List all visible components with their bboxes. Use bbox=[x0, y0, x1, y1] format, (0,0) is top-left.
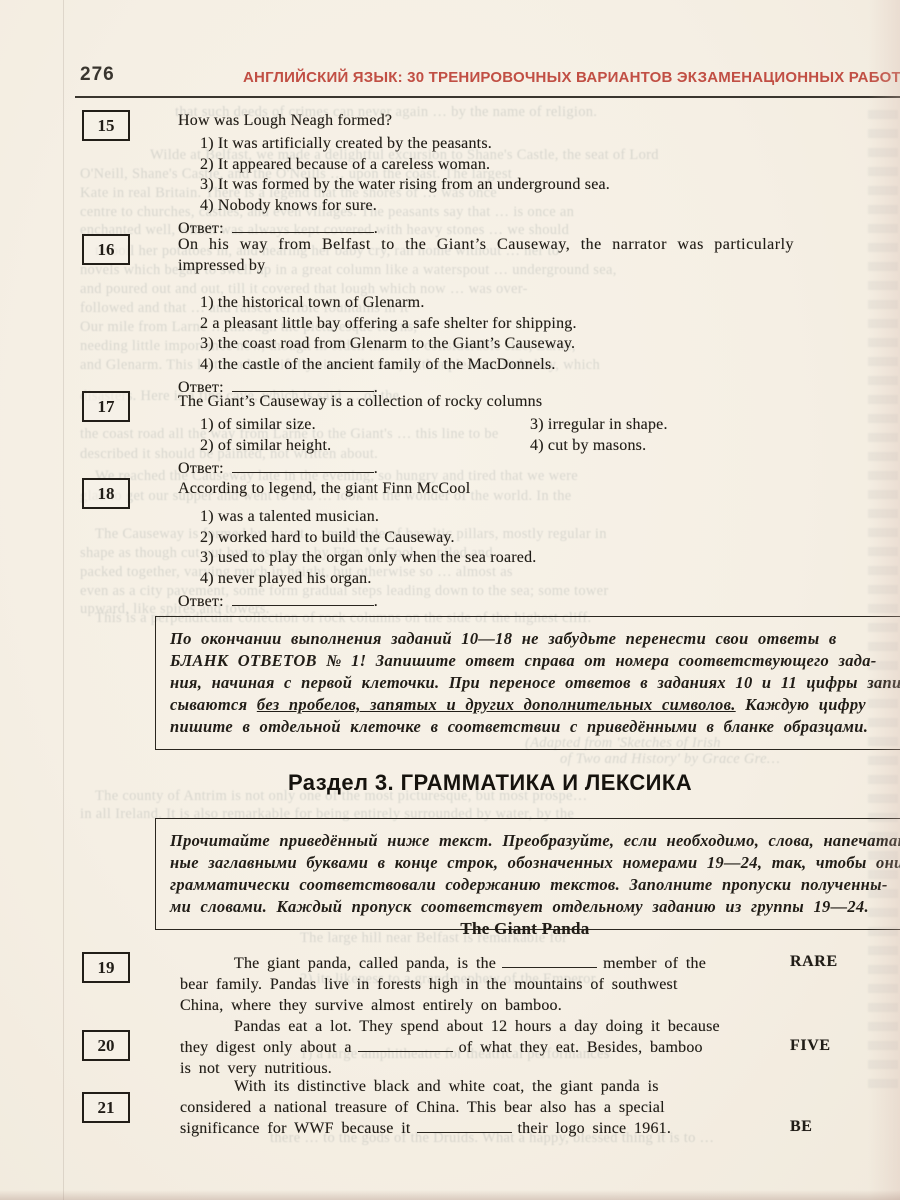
question-17-answer-line: Ответ:. bbox=[178, 458, 900, 479]
notice-line: грамматически соответствовали содержанию… bbox=[170, 874, 900, 896]
question-18-answer-line: Ответ:. bbox=[178, 591, 900, 612]
answer-period: . bbox=[374, 460, 378, 477]
answer-label: Ответ: bbox=[178, 593, 224, 610]
question-15-option-4: 4) Nobody knows for sure. bbox=[200, 196, 900, 217]
question-18-option-4: 4) never played his organ. bbox=[200, 569, 900, 590]
question-21-line3: significance for WWF because ittheir log… bbox=[180, 1118, 780, 1139]
question-17-stem: The Giant’s Causeway is a collection of … bbox=[178, 391, 900, 412]
notice-line: ми словами. Каждый пропуск соответствует… bbox=[170, 896, 900, 918]
question-18-option-1: 1) was a talented musician. bbox=[200, 507, 900, 528]
notice-line: ные заглавными буквами в конце строк, об… bbox=[170, 852, 900, 874]
question-17-option-3: 3) irregular in shape. bbox=[530, 415, 900, 436]
question-16: 16 On his way from Belfast to the Giant’… bbox=[82, 234, 900, 398]
question-19-line1: The giant panda, called panda, is themem… bbox=[180, 953, 780, 974]
page-number: 276 bbox=[80, 64, 115, 86]
question-16-stem-line2: impressed by bbox=[178, 255, 900, 276]
question-19-line3: China, where they survive almost entirel… bbox=[180, 995, 780, 1016]
question-17-option-2: 2) of similar height. bbox=[200, 436, 530, 457]
answer-blank bbox=[232, 458, 374, 473]
notice-line: БЛАНК ОТВЕТОВ № 1! Запишите ответ справа… bbox=[170, 650, 900, 672]
running-header: АНГЛИЙСКИЙ ЯЗЫК: 30 ТРЕНИРОВОЧНЫХ ВАРИАН… bbox=[243, 69, 900, 86]
question-17: 17 The Giant’s Causeway is a collection … bbox=[82, 391, 900, 479]
question-21-number: 21 bbox=[82, 1092, 130, 1123]
grammar-task-notice: Прочитайте приведённый ниже текст. Преоб… bbox=[155, 818, 900, 930]
question-15: 15 How was Lough Neagh formed? 1) It was… bbox=[82, 110, 900, 239]
section-title: Раздел 3. ГРАММАТИКА И ЛЕКСИКА bbox=[80, 770, 900, 796]
question-20-keyword: FIVE bbox=[790, 1037, 831, 1055]
question-16-option-3: 3) the coast road from Glenarm to the Gi… bbox=[200, 334, 900, 355]
question-16-number: 16 bbox=[82, 234, 130, 265]
scanned-book-page: that such deeds of crimes can never agai… bbox=[0, 0, 900, 1200]
question-21-keyword: BE bbox=[790, 1118, 813, 1136]
question-19-keyword: RARE bbox=[790, 953, 838, 971]
notice-line: Прочитайте приведённый ниже текст. Преоб… bbox=[170, 830, 900, 852]
notice-line: сываются без пробелов, запятых и других … bbox=[170, 694, 900, 716]
question-18: 18 According to legend, the giant Finn M… bbox=[82, 478, 900, 612]
bleedthrough-text: of Two and History' by Grace Gre… bbox=[560, 751, 780, 768]
question-21-line1: With its distinctive black and white coa… bbox=[180, 1076, 780, 1097]
underlined-phrase: без пробелов, запятых и других дополните… bbox=[257, 695, 736, 714]
notice-line: ния, начиная с первой клеточки. При пере… bbox=[170, 672, 900, 694]
answer-blank bbox=[232, 377, 374, 392]
question-16-option-1: 1) the historical town of Glenarm. bbox=[200, 293, 900, 314]
question-16-option-2: 2 a pleasant little bay offering a safe … bbox=[200, 314, 900, 335]
question-18-number: 18 bbox=[82, 478, 130, 509]
question-15-option-2: 2) It appeared because of a careless wom… bbox=[200, 155, 900, 176]
question-19-number: 19 bbox=[82, 952, 130, 983]
fill-in-blank bbox=[417, 1119, 512, 1133]
fill-in-blank bbox=[358, 1038, 453, 1052]
answer-period: . bbox=[374, 593, 378, 610]
question-17-number: 17 bbox=[82, 391, 130, 422]
question-16-option-4: 4) the castle of the ancient family of t… bbox=[200, 355, 900, 376]
notice-line: пишите в отдельной клеточке в соответств… bbox=[170, 716, 900, 738]
question-17-option-4: 4) cut by masons. bbox=[530, 436, 900, 457]
page-edge-left bbox=[63, 0, 64, 1200]
question-16-stem-line1: On his way from Belfast to the Giant’s C… bbox=[178, 234, 900, 255]
question-18-option-2: 2) worked hard to build the Causeway. bbox=[200, 528, 900, 549]
question-18-option-3: 3) used to play the organ only when the … bbox=[200, 548, 900, 569]
question-15-number: 15 bbox=[82, 110, 130, 141]
question-18-stem: According to legend, the giant Finn McCo… bbox=[178, 478, 900, 499]
notice-line: По окончании выполнения заданий 10—18 не… bbox=[170, 628, 900, 650]
question-20-number: 20 bbox=[82, 1030, 130, 1061]
fill-in-blank bbox=[502, 954, 597, 968]
answer-label: Ответ: bbox=[178, 460, 224, 477]
page-edge-right bbox=[868, 0, 900, 1200]
question-21-line2: considered a national treasure of China.… bbox=[180, 1097, 780, 1118]
text-title: The Giant Panda bbox=[180, 919, 870, 939]
transfer-answers-notice: По окончании выполнения заданий 10—18 не… bbox=[155, 616, 900, 750]
question-15-stem: How was Lough Neagh formed? bbox=[178, 110, 900, 131]
question-15-option-3: 3) It was formed by the water rising fro… bbox=[200, 175, 900, 196]
question-15-option-1: 1) It was artificially created by the pe… bbox=[200, 134, 900, 155]
question-17-option-1: 1) of similar size. bbox=[200, 415, 530, 436]
answer-blank bbox=[232, 218, 374, 233]
question-19-line2: bear family. Pandas live in forests high… bbox=[180, 974, 780, 995]
answer-blank bbox=[232, 591, 374, 606]
page-edge-bottom bbox=[0, 1190, 900, 1200]
header-rule bbox=[75, 96, 900, 98]
question-20-line1: Pandas eat a lot. They spend about 12 ho… bbox=[180, 1016, 780, 1037]
question-20-line2: they digest only about aof what they eat… bbox=[180, 1037, 780, 1058]
